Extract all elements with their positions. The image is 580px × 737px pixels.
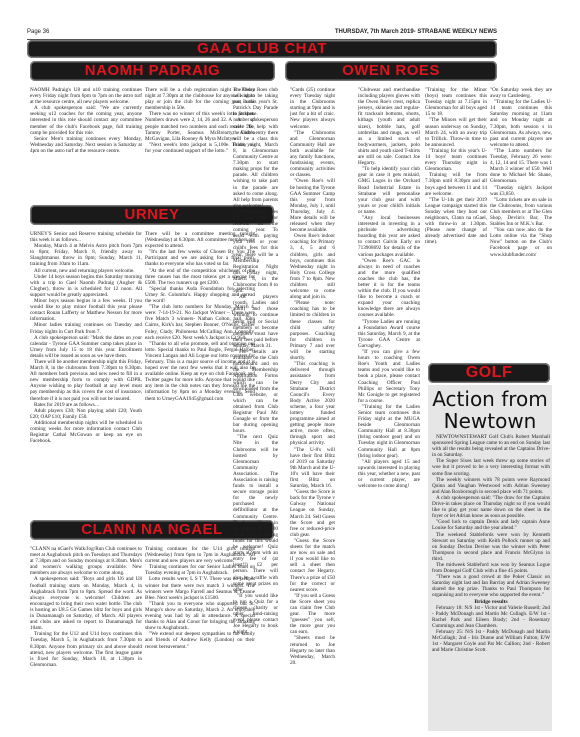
- article-paragraph: A spokesperson said: "To help with the C…: [233, 117, 278, 208]
- article-paragraph: The Super Sixes last week threw up some …: [432, 458, 550, 476]
- section-banner-gaa-club-chat: GAA CLUB CHAT: [27, 40, 497, 58]
- article-paragraph: "Training for this year's U-14 boys' tea…: [425, 148, 487, 172]
- article-paragraph: "Training for the Minor (boys) team cont…: [425, 87, 487, 117]
- article-paragraph: "To help identify your club gear in case…: [358, 166, 420, 215]
- article-paragraph: "Training for the Ladies U-14 team conti…: [490, 99, 552, 148]
- heading-naomh-padraig: NAOMH PADRAIG: [30, 61, 275, 81]
- article-paragraph: "The Minors will get their season underw…: [425, 117, 487, 147]
- heading-owen-roes: OWEN ROES: [285, 61, 497, 81]
- article-paragraph: "Tyrone Ladies are running a Foundation …: [358, 319, 420, 349]
- article-paragraph: The midweek Stableford was won by Seamus…: [432, 562, 550, 574]
- owen-roes-col-5: "On Saturday week they are away to Castl…: [490, 87, 552, 359]
- article-paragraph: Monday, March 4 at Melvin Astro pitch fr…: [30, 243, 142, 267]
- naomh-padraig-col-1: NAOMH Padraig's U8 and u10 training cont…: [30, 87, 142, 205]
- golf-headline: Action from Newtown: [430, 388, 550, 432]
- article-paragraph: "If you can give a few hours to coaching…: [358, 349, 420, 404]
- article-paragraph: The Owen Roes club will again be taking …: [233, 87, 278, 117]
- article-paragraph: There will be another membership night t…: [30, 359, 142, 402]
- article-paragraph: "There was a good crowd at the Poker Cla…: [432, 574, 550, 598]
- article-paragraph: Minor ladies training continues on Tuesd…: [30, 322, 142, 334]
- page-number: Page 36: [27, 29, 49, 35]
- article-paragraph: "If you sell a Guess the Score sheet you…: [290, 593, 335, 636]
- golf-article: NEWTOWNSTEWART Golf Club's Robert Marsha…: [432, 434, 550, 729]
- article-paragraph: "CLANN na nGael's Walk/Jog/Run Club cont…: [30, 546, 142, 576]
- article-paragraph: "Clubwear and merchandise including play…: [358, 87, 420, 166]
- article-paragraph: Owen Roe's indoor coaching for Primary 3…: [290, 233, 335, 300]
- article-paragraph: "Please note: coaching has to be limited…: [290, 300, 335, 361]
- article-paragraph: "Owen Roe's will be hosting the Tyrone G…: [290, 178, 335, 233]
- article-paragraph: "The U-8's will have their first Blitz o…: [290, 447, 335, 490]
- urney-col-1: URNEY'S Senior and Reserve training sche…: [30, 231, 142, 518]
- article-paragraph: A club spokesperson said: "Mark the date…: [30, 335, 142, 359]
- article-paragraph: "You can now also do the Lotto online vi…: [490, 227, 552, 257]
- article-paragraph: "All players aged 15 and upwards interes…: [358, 459, 420, 489]
- article-paragraph: "Training for the Ladies Senior team con…: [358, 404, 420, 459]
- article-paragraph: "The Clubrooms and Glenmornan Community …: [290, 130, 335, 179]
- dateline: THURSDAY, 7th March 2019- STRABANE WEEKL…: [335, 29, 497, 35]
- article-paragraph: February 25: N/S 1st - Paddy McDonagh an…: [432, 629, 550, 653]
- article-paragraph: A spokesperson said: "Boys and girls U6 …: [30, 576, 142, 631]
- article-paragraph: "Sheets must be returned to Joe Hegarty …: [290, 635, 335, 665]
- article-paragraph: All current, new and returning players w…: [30, 268, 142, 274]
- article-paragraph: Under 14 boys season begins this Saturda…: [30, 274, 142, 298]
- article-paragraph: A club spokesperson said: "We are curren…: [30, 105, 142, 135]
- article-paragraph: Training for the U12 and U14 boys contin…: [30, 631, 142, 668]
- article-paragraph: "Any local businesses interested in inve…: [358, 215, 420, 258]
- article-paragraph: "This coaching is delivered through assi…: [290, 361, 335, 446]
- page-header: Page 36 THURSDAY, 7th March 2019- STRABA…: [27, 27, 497, 40]
- article-paragraph: "Good luck to captain Denis and lady cap…: [432, 519, 550, 531]
- owen-roes-col-2: "Cards (25) continue every Tuesday night…: [290, 87, 335, 699]
- article-paragraph: Minor boys season begins in a few weeks.…: [30, 298, 142, 322]
- article-paragraph: "Lotto tickets are on sale in the Clubro…: [490, 197, 552, 227]
- article-paragraph: A club spokesperson said: "The draw for …: [432, 495, 550, 519]
- article-paragraph: "Owen Roe's GAC is always in need of coa…: [358, 258, 420, 319]
- article-paragraph: "If you would like to run a Quiz for a c…: [233, 593, 278, 636]
- article-paragraph: "The U-14s get their 2019 League campaig…: [425, 197, 487, 246]
- article-paragraph: Senior Men's training continues every Mo…: [30, 136, 142, 154]
- article-paragraph: Adult players £30; Non playing adult £20…: [30, 408, 142, 420]
- article-paragraph: Training will be from 7.30pm until 8.30p…: [425, 172, 487, 196]
- owen-roes-col-1: The Owen Roes club will again be taking …: [233, 87, 278, 699]
- article-paragraph: The weekend Stablefords were won by Kenn…: [432, 532, 550, 562]
- article-paragraph: "All players (youth, Ladies and adult) a…: [233, 294, 278, 349]
- clann-col-1: "CLANN na nGael's Walk/Jog/Run Club cont…: [30, 546, 142, 698]
- article-paragraph: "Tuesday night's Jackpot was £3,850.: [490, 185, 552, 197]
- article-paragraph: NEWTOWNSTEWART Golf Club's Robert Marsha…: [432, 434, 550, 458]
- article-paragraph: "Cards (25) continue every Tuesday night…: [290, 87, 335, 130]
- article-paragraph: "The Lotto numbers for Tuesday, February…: [490, 148, 552, 185]
- article-paragraph: "The next Quiz Nite in the Clubrooms wil…: [233, 434, 278, 592]
- article-paragraph: "Guess the Score sheets for the match ar…: [290, 538, 335, 593]
- heading-golf: GOLF: [428, 363, 550, 383]
- article-paragraph: "Guess the Score is back for the Tyrone …: [290, 489, 335, 538]
- article-paragraph: "On Saturday week they are away to Castl…: [490, 87, 552, 99]
- article-paragraph: "Membership fees are now due for renewal…: [233, 209, 278, 294]
- article-paragraph: February 18: N/S 1st - Victor and Valeri…: [432, 605, 550, 629]
- article-paragraph: Additional membership nights will be sch…: [30, 420, 142, 444]
- article-paragraph: The weekly winners with 78 points were R…: [432, 477, 550, 495]
- owen-roes-col-4: "Training for the Minor (boys) team cont…: [425, 87, 487, 359]
- article-paragraph: "Fee details are available on the Club n…: [233, 349, 278, 434]
- owen-roes-col-3: "Clubwear and merchandise including play…: [358, 87, 420, 699]
- article-paragraph: NAOMH Padraig's U8 and u10 training cont…: [30, 87, 142, 105]
- article-paragraph: URNEY'S Senior and Reserve training sche…: [30, 231, 142, 243]
